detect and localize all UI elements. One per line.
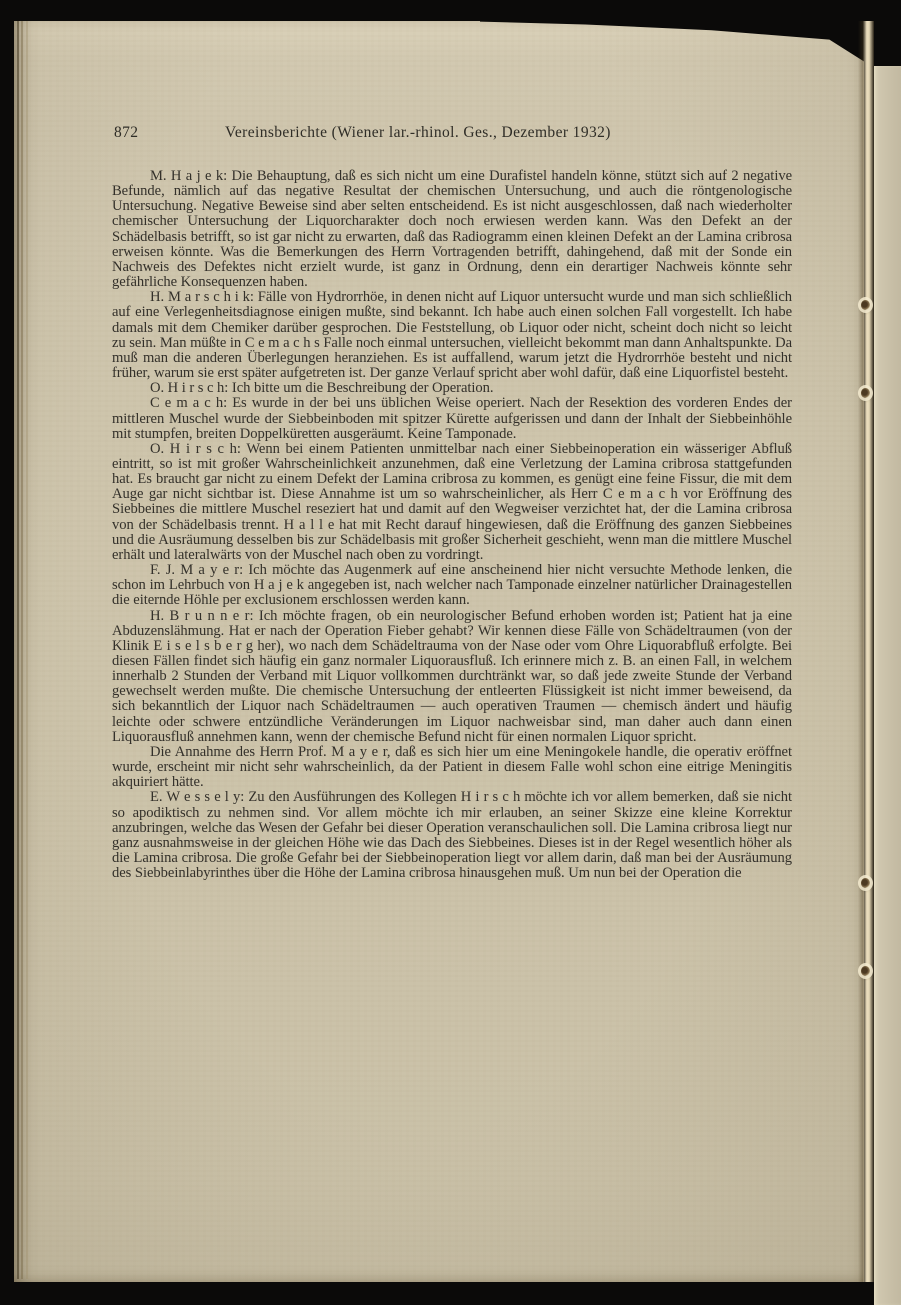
binding-stitch-hole: [861, 966, 870, 976]
paragraph: C e m a c h: Es wurde in der bei uns übl…: [112, 396, 792, 441]
text-column: 872 Vereinsberichte (Wiener lar.-rhinol.…: [112, 124, 792, 881]
page-stack-edge: [17, 21, 19, 1279]
paragraph: M. H a j e k: Die Behauptung, daß es sic…: [112, 169, 792, 290]
paragraph-list: M. H a j e k: Die Behauptung, daß es sic…: [112, 169, 792, 881]
binding-stitch-hole: [861, 878, 870, 888]
paragraph: O. H i r s c h: Wenn bei einem Patienten…: [112, 442, 792, 563]
binding-stitch-hole: [861, 300, 870, 310]
page-stack-edge: [21, 21, 23, 1279]
facing-page-edge: [874, 66, 901, 1305]
page-stack-edge: [26, 21, 28, 1279]
binding-stitch-hole: [861, 388, 870, 398]
paragraph: H. B r u n n e r: Ich möchte fragen, ob …: [112, 609, 792, 745]
running-header: 872 Vereinsberichte (Wiener lar.-rhinol.…: [114, 124, 792, 142]
paragraph: Die Annahme des Herrn Prof. M a y e r, d…: [112, 745, 792, 790]
binding-gutter: [858, 21, 874, 1282]
page-number: 872: [114, 124, 154, 142]
paragraph: O. H i r s c h: Ich bitte um die Beschre…: [112, 381, 792, 396]
scan-background: 872 Vereinsberichte (Wiener lar.-rhinol.…: [0, 0, 901, 1305]
paragraph: F. J. M a y e r: Ich möchte das Augenmer…: [112, 563, 792, 608]
paragraph: H. M a r s c h i k: Fälle von Hydrorrhöe…: [112, 290, 792, 381]
running-title: Vereinsberichte (Wiener lar.-rhinol. Ges…: [225, 124, 611, 142]
paragraph: E. W e s s e l y: Zu den Ausführungen de…: [112, 790, 792, 881]
